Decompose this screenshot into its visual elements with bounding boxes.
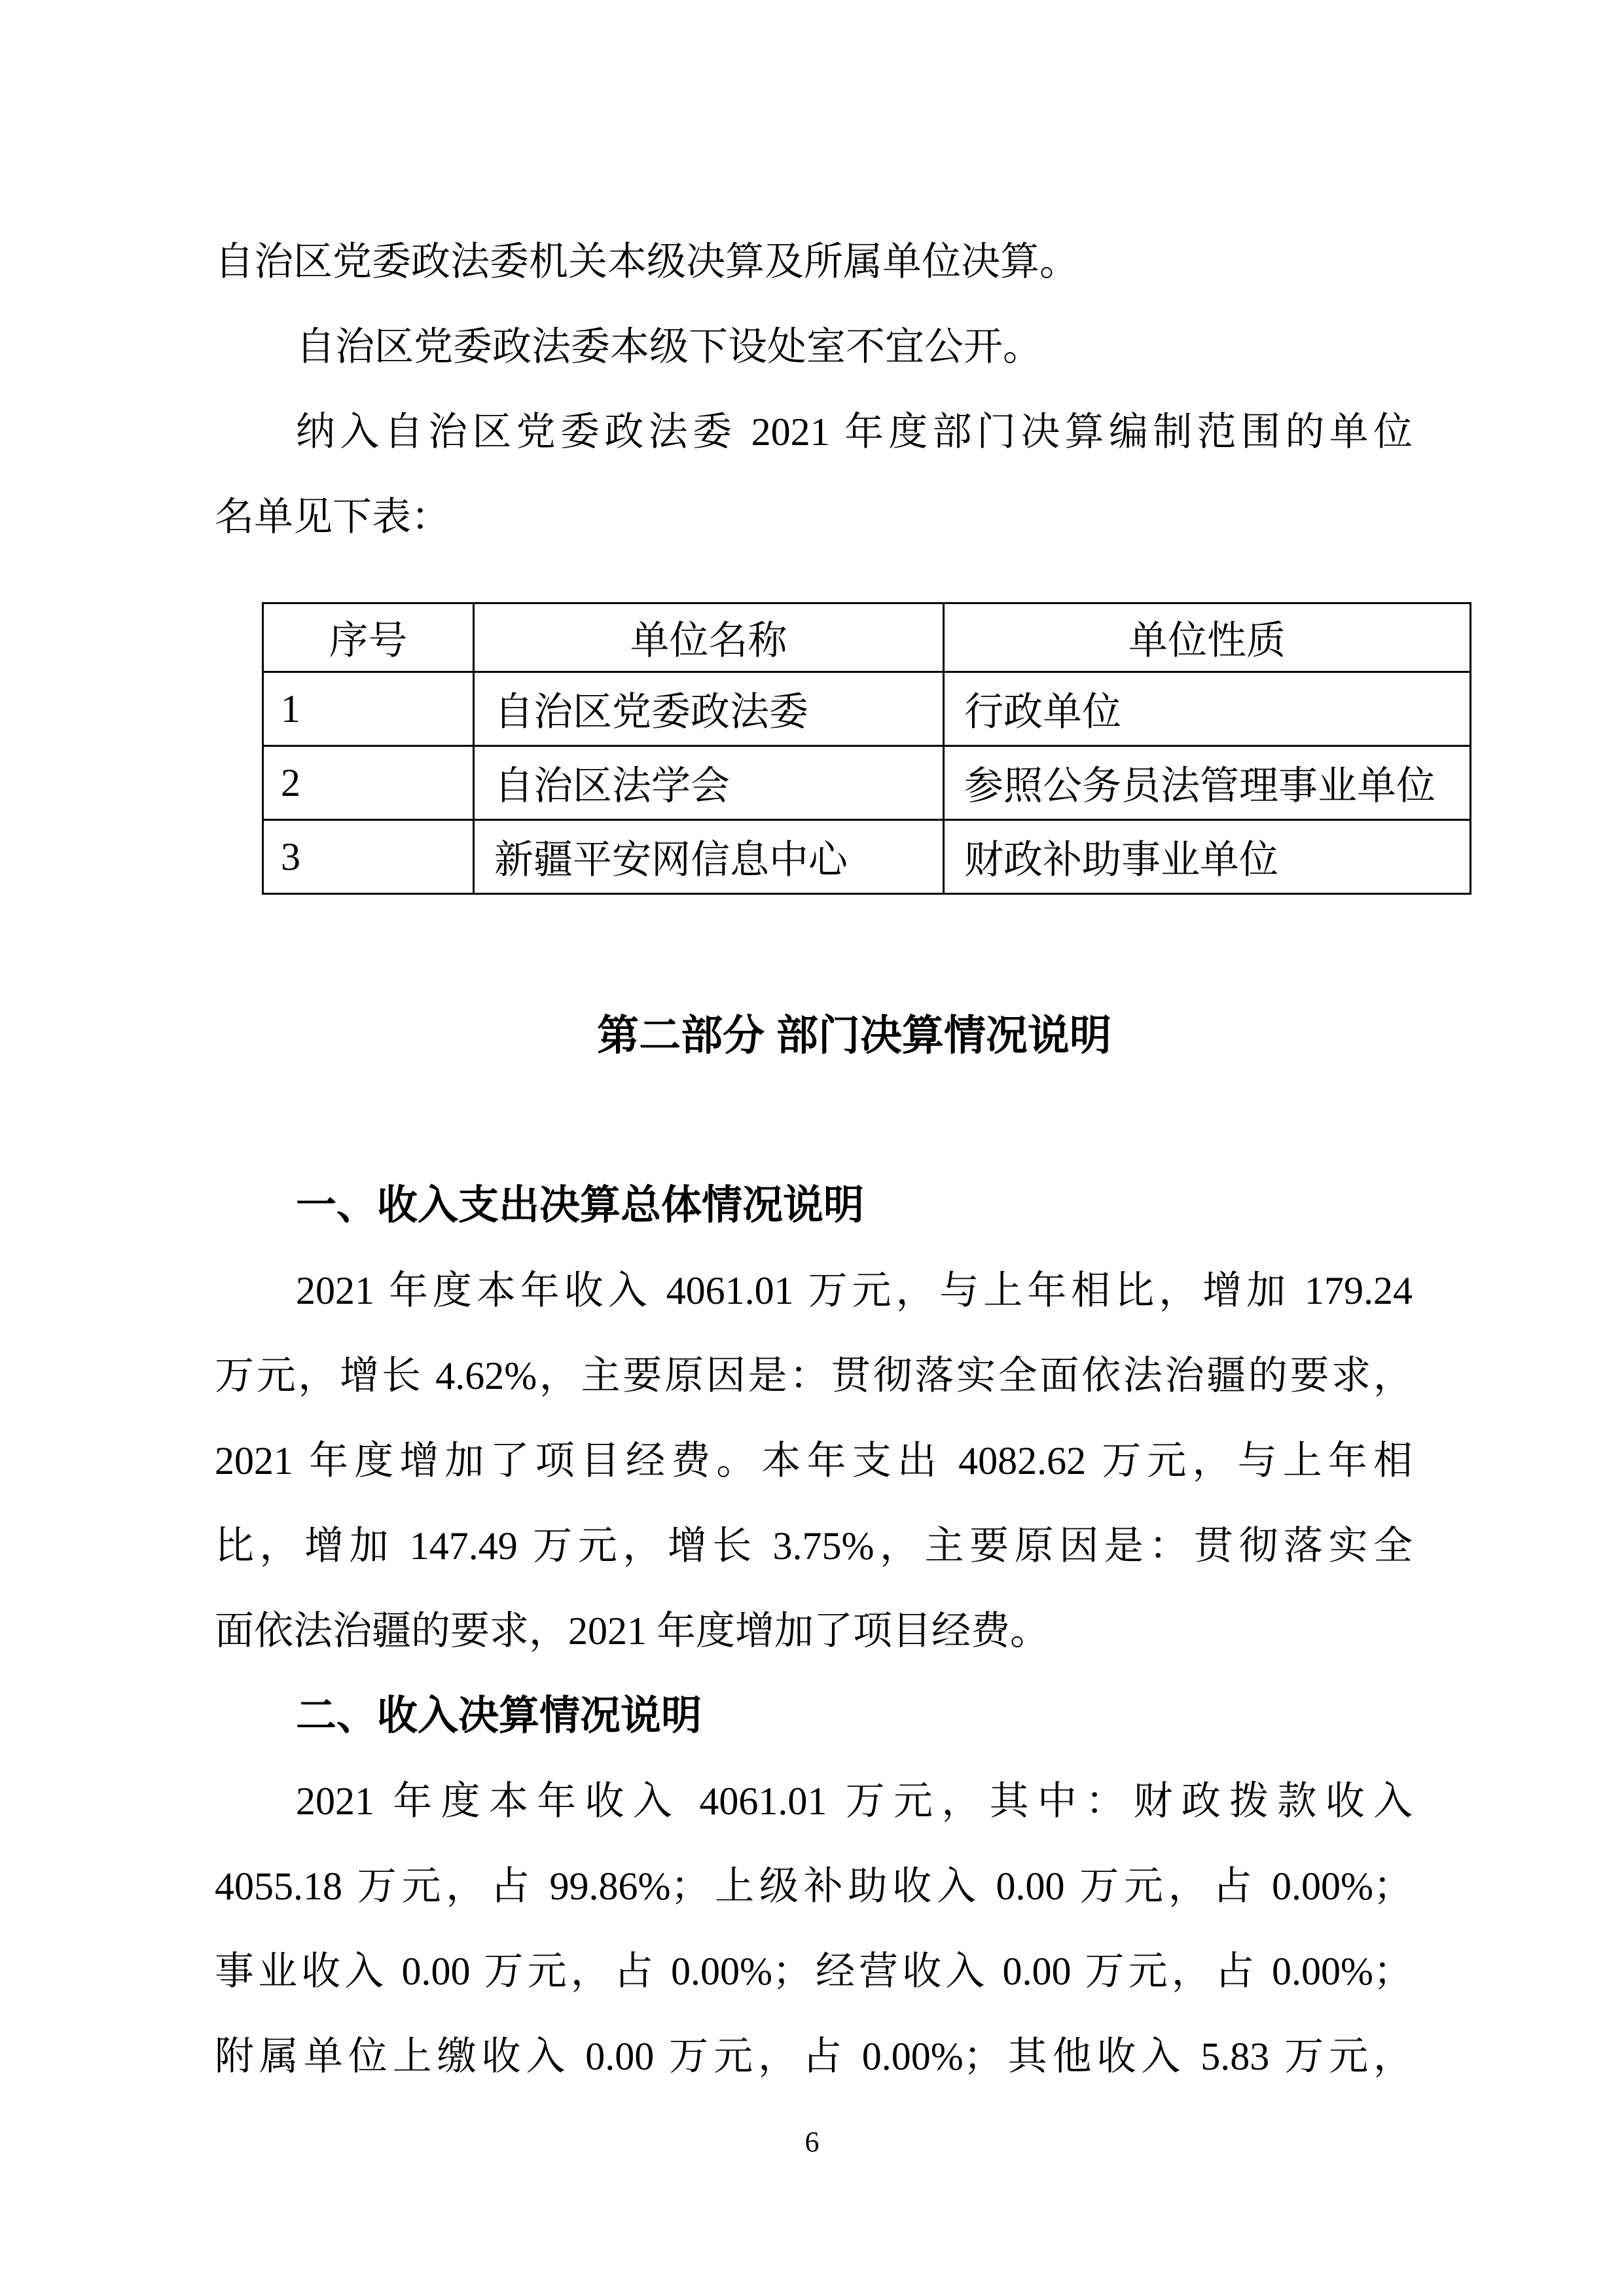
table-header-row: 序号 单位名称 单位性质 [263, 603, 1471, 672]
table-header-cell-name: 单位名称 [474, 603, 944, 672]
paragraph-line: 面依法治疆的要求，2021 年度增加了项目经费。 [215, 1588, 1413, 1674]
paragraph-line: 附属单位上缴收入 0.00 万元，占 0.00%；其他收入 5.83 万元， [215, 2014, 1413, 2099]
page-content: 自治区党委政法委机关本级决算及所属单位决算。 自治区党委政法委本级下设处室不宜公… [215, 219, 1413, 2099]
table-cell-no: 3 [263, 820, 474, 894]
table-header-cell-no: 序号 [263, 603, 474, 672]
subsection-title-1: 一、收入支出决算总体情况说明 [215, 1163, 1413, 1248]
table-row: 3 新疆平安网信息中心 财政补助事业单位 [263, 820, 1471, 894]
paragraph-line: 比，增加 147.49 万元，增长 3.75%，主要原因是：贯彻落实全 [215, 1503, 1413, 1588]
table-cell-name: 自治区党委政法委 [474, 672, 944, 746]
paragraph-line: 纳入自治区党委政法委 2021 年度部门决算编制范围的单位 [215, 389, 1413, 475]
document-page: 自治区党委政法委机关本级决算及所属单位决算。 自治区党委政法委本级下设处室不宜公… [0, 0, 1624, 2296]
paragraph-line: 2021 年度本年收入 4061.01 万元，与上年相比，增加 179.24 [215, 1248, 1413, 1333]
paragraph-line: 2021 年度本年收入 4061.01 万元，其中：财政拨款收入 [215, 1759, 1413, 1844]
table-cell-no: 1 [263, 672, 474, 746]
paragraph-line: 事业收入 0.00 万元，占 0.00%；经营收入 0.00 万元，占 0.00… [215, 1929, 1413, 2014]
table-cell-name: 自治区法学会 [474, 746, 944, 820]
subsection-title-2: 二、收入决算情况说明 [215, 1674, 1413, 1759]
table-header-cell-type: 单位性质 [944, 603, 1471, 672]
paragraph-line: 自治区党委政法委本级下设处室不宜公开。 [215, 304, 1413, 389]
table-cell-no: 2 [263, 746, 474, 820]
table-cell-name: 新疆平安网信息中心 [474, 820, 944, 894]
page-number: 6 [0, 2123, 1624, 2162]
paragraph-line: 万元，增长 4.62%，主要原因是：贯彻落实全面依法治疆的要求， [215, 1333, 1413, 1418]
section-title: 第二部分 部门决算情况说明 [215, 993, 1413, 1078]
paragraph-line: 2021 年度增加了项目经费。本年支出 4082.62 万元，与上年相 [215, 1418, 1413, 1503]
paragraph-line: 4055.18 万元，占 99.86%；上级补助收入 0.00 万元，占 0.0… [215, 1844, 1413, 1929]
table-cell-type: 财政补助事业单位 [944, 820, 1471, 894]
table-row: 1 自治区党委政法委 行政单位 [263, 672, 1471, 746]
table-cell-type: 参照公务员法管理事业单位 [944, 746, 1471, 820]
table-row: 2 自治区法学会 参照公务员法管理事业单位 [263, 746, 1471, 820]
units-table: 序号 单位名称 单位性质 1 自治区党委政法委 行政单位 2 自治区法学会 参照… [262, 602, 1471, 895]
table-cell-type: 行政单位 [944, 672, 1471, 746]
paragraph-line: 自治区党委政法委机关本级决算及所属单位决算。 [215, 219, 1413, 304]
paragraph-line: 名单见下表： [215, 475, 1413, 560]
